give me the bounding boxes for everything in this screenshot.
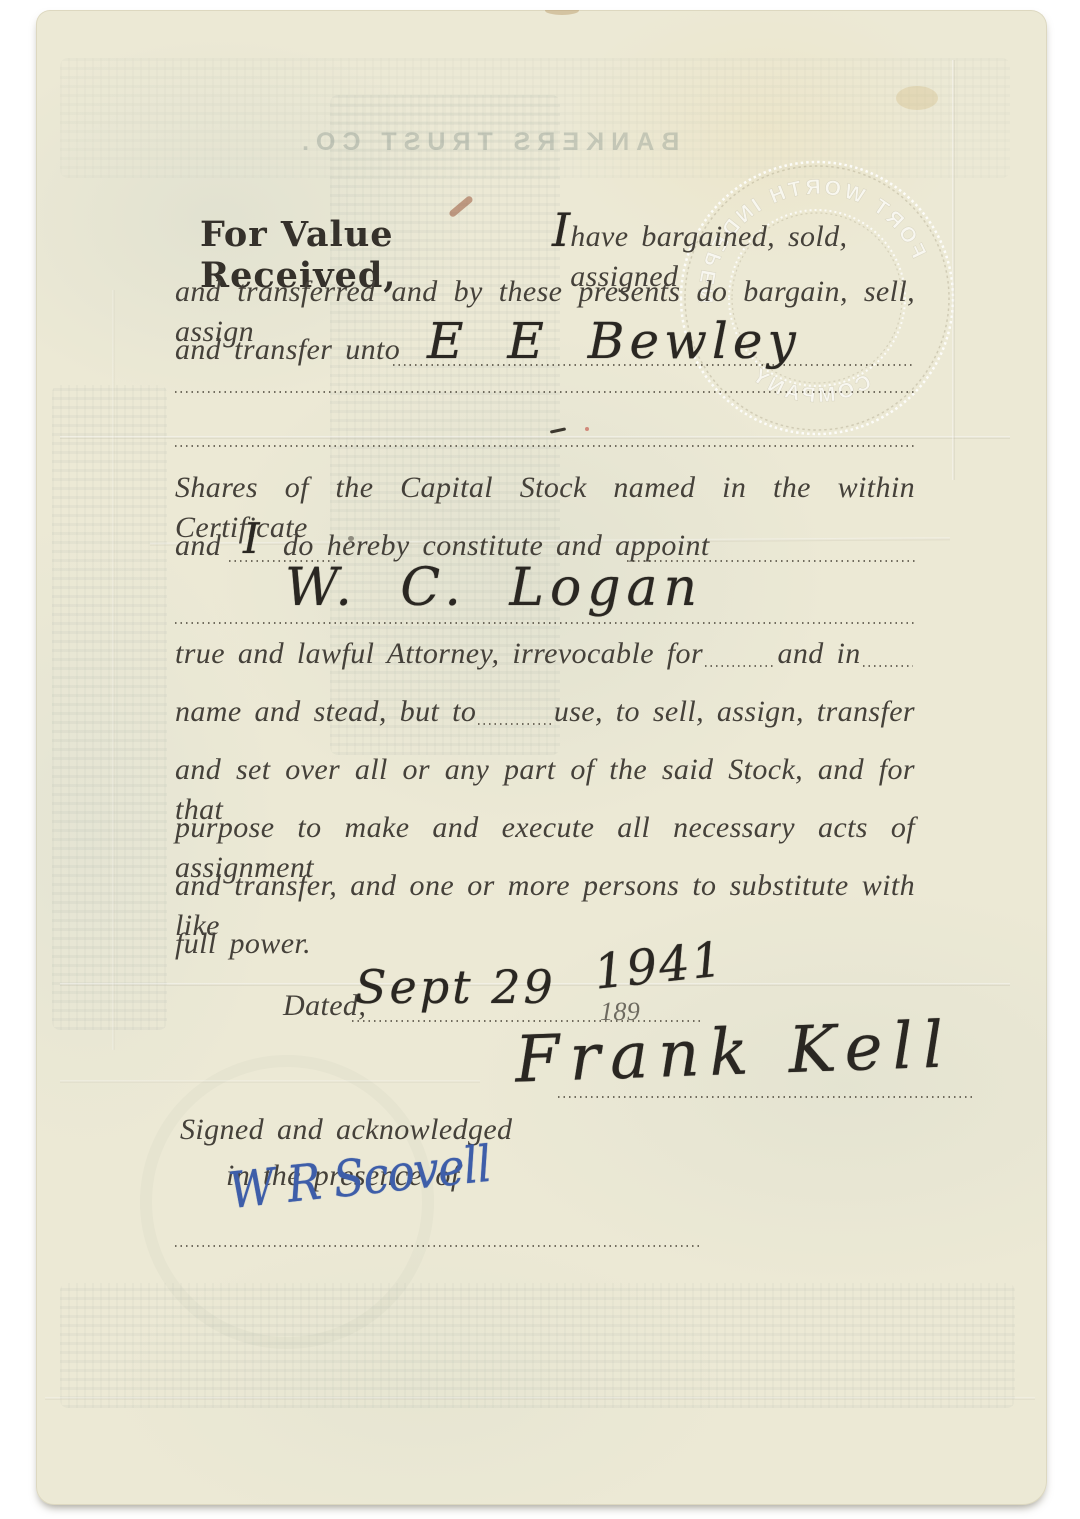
attorney-clause-b: and in — [777, 634, 860, 674]
transferee-name-handwritten: E E Bewley — [427, 312, 801, 370]
fold-crease — [60, 436, 1010, 439]
year-handwritten: 1941 — [591, 931, 726, 1000]
red-fleck — [585, 427, 589, 431]
showthrough-left-band — [52, 385, 167, 1030]
witness-dotted-line — [175, 1245, 703, 1247]
form-line-attorney: true and lawful Attorney, irrevocable fo… — [175, 634, 915, 674]
tan-spot — [545, 10, 579, 15]
attorney-name-handwritten: W. C. Logan — [285, 558, 703, 618]
form-line-stead: name and stead, but to use, to sell, ass… — [175, 692, 915, 732]
form-line-3: and transfer unto E E Bewley — [175, 330, 915, 376]
showthrough-bottom-border — [60, 1283, 1015, 1408]
appoint-prefix: and — [175, 526, 221, 566]
attorney-dotted-line — [175, 622, 915, 624]
form-line-fullpower: full power. — [175, 924, 311, 964]
shareholder-signature: Frank Kell — [514, 1008, 955, 1097]
fold-crease-vertical — [952, 60, 955, 480]
date-handwritten: Sept 29 — [355, 960, 556, 1014]
blank-fill — [478, 723, 552, 725]
handwritten-pronoun: I — [552, 203, 570, 257]
fold-crease — [60, 1080, 480, 1083]
stead-clause-b: use, to sell, assign, transfer — [554, 692, 915, 732]
signature-dotted-line — [558, 1096, 976, 1098]
fold-crease — [45, 1397, 1035, 1400]
blank-dotted-line — [175, 445, 915, 447]
attorney-clause-a: true and lawful Attorney, irrevocable fo… — [175, 634, 703, 674]
blank-fill — [863, 665, 913, 667]
tan-spot — [896, 86, 938, 110]
blank-fill — [705, 665, 775, 667]
certificate-paper: BANKERS TRUST CO. FORT WORTH INDEPENDENT — [36, 10, 1047, 1505]
blank-dotted-line — [175, 391, 915, 393]
stead-clause-a: name and stead, but to — [175, 692, 476, 732]
showthrough-mirrored-title: BANKERS TRUST CO. — [295, 128, 679, 157]
fold-crease-vertical — [112, 290, 115, 1050]
appoint-pronoun-handwritten: I — [243, 514, 260, 563]
pen-dash-mark — [550, 427, 566, 433]
transfer-unto-label: and transfer unto — [175, 330, 400, 370]
